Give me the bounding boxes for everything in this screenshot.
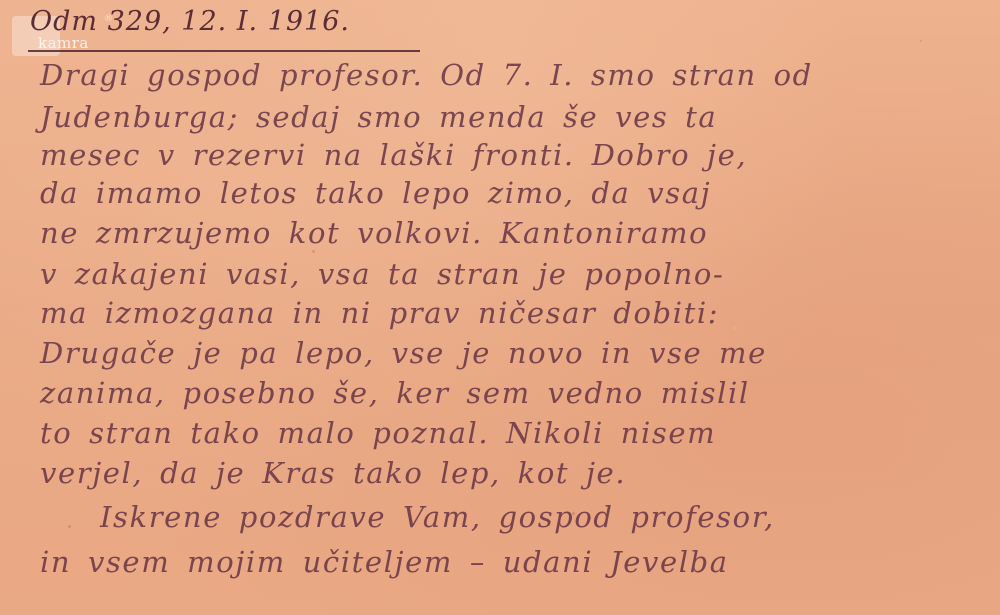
paper-speck bbox=[733, 326, 737, 330]
handwritten-line-9: zanima, posebno še, ker sem vedno mislil bbox=[40, 376, 750, 410]
paper-speck bbox=[68, 525, 71, 528]
paper-speck bbox=[920, 40, 922, 42]
handwritten-line-10: to stran tako malo poznal. Nikoli nisem bbox=[40, 416, 716, 450]
handwritten-line-3: mesec v rezervi na laški fronti. Dobro j… bbox=[40, 138, 747, 172]
handwritten-line-13-signature: in vsem mojim učiteljem – udani Jevelba bbox=[40, 545, 729, 579]
document-header-date: Odm 329, 12. I. 1916. bbox=[30, 6, 430, 37]
handwritten-line-7: ma izmozgana in ni prav ničesar dobiti: bbox=[40, 296, 719, 330]
handwritten-line-6: v zakajeni vasi, vsa ta stran je popolno… bbox=[40, 257, 724, 291]
handwritten-line-8: Drugače je pa lepo, vse je novo in vse m… bbox=[40, 336, 767, 370]
handwritten-line-12: Iskrene pozdrave Vam, gospod profesor, bbox=[100, 500, 775, 534]
header-underline bbox=[28, 50, 420, 52]
handwritten-line-5: ne zmrzujemo kot volkovi. Kantoniramo bbox=[40, 216, 708, 250]
handwritten-line-4: da imamo letos tako lepo zimo, da vsaj bbox=[40, 176, 711, 210]
handwritten-line-2: Judenburga; sedaj smo menda še ves ta bbox=[40, 100, 717, 134]
handwritten-line-1: Dragi gospod profesor. Od 7. I. smo stra… bbox=[40, 58, 813, 92]
handwritten-line-11: verjel, da je Kras tako lep, kot je. bbox=[40, 456, 626, 490]
paper-speck bbox=[312, 250, 315, 253]
